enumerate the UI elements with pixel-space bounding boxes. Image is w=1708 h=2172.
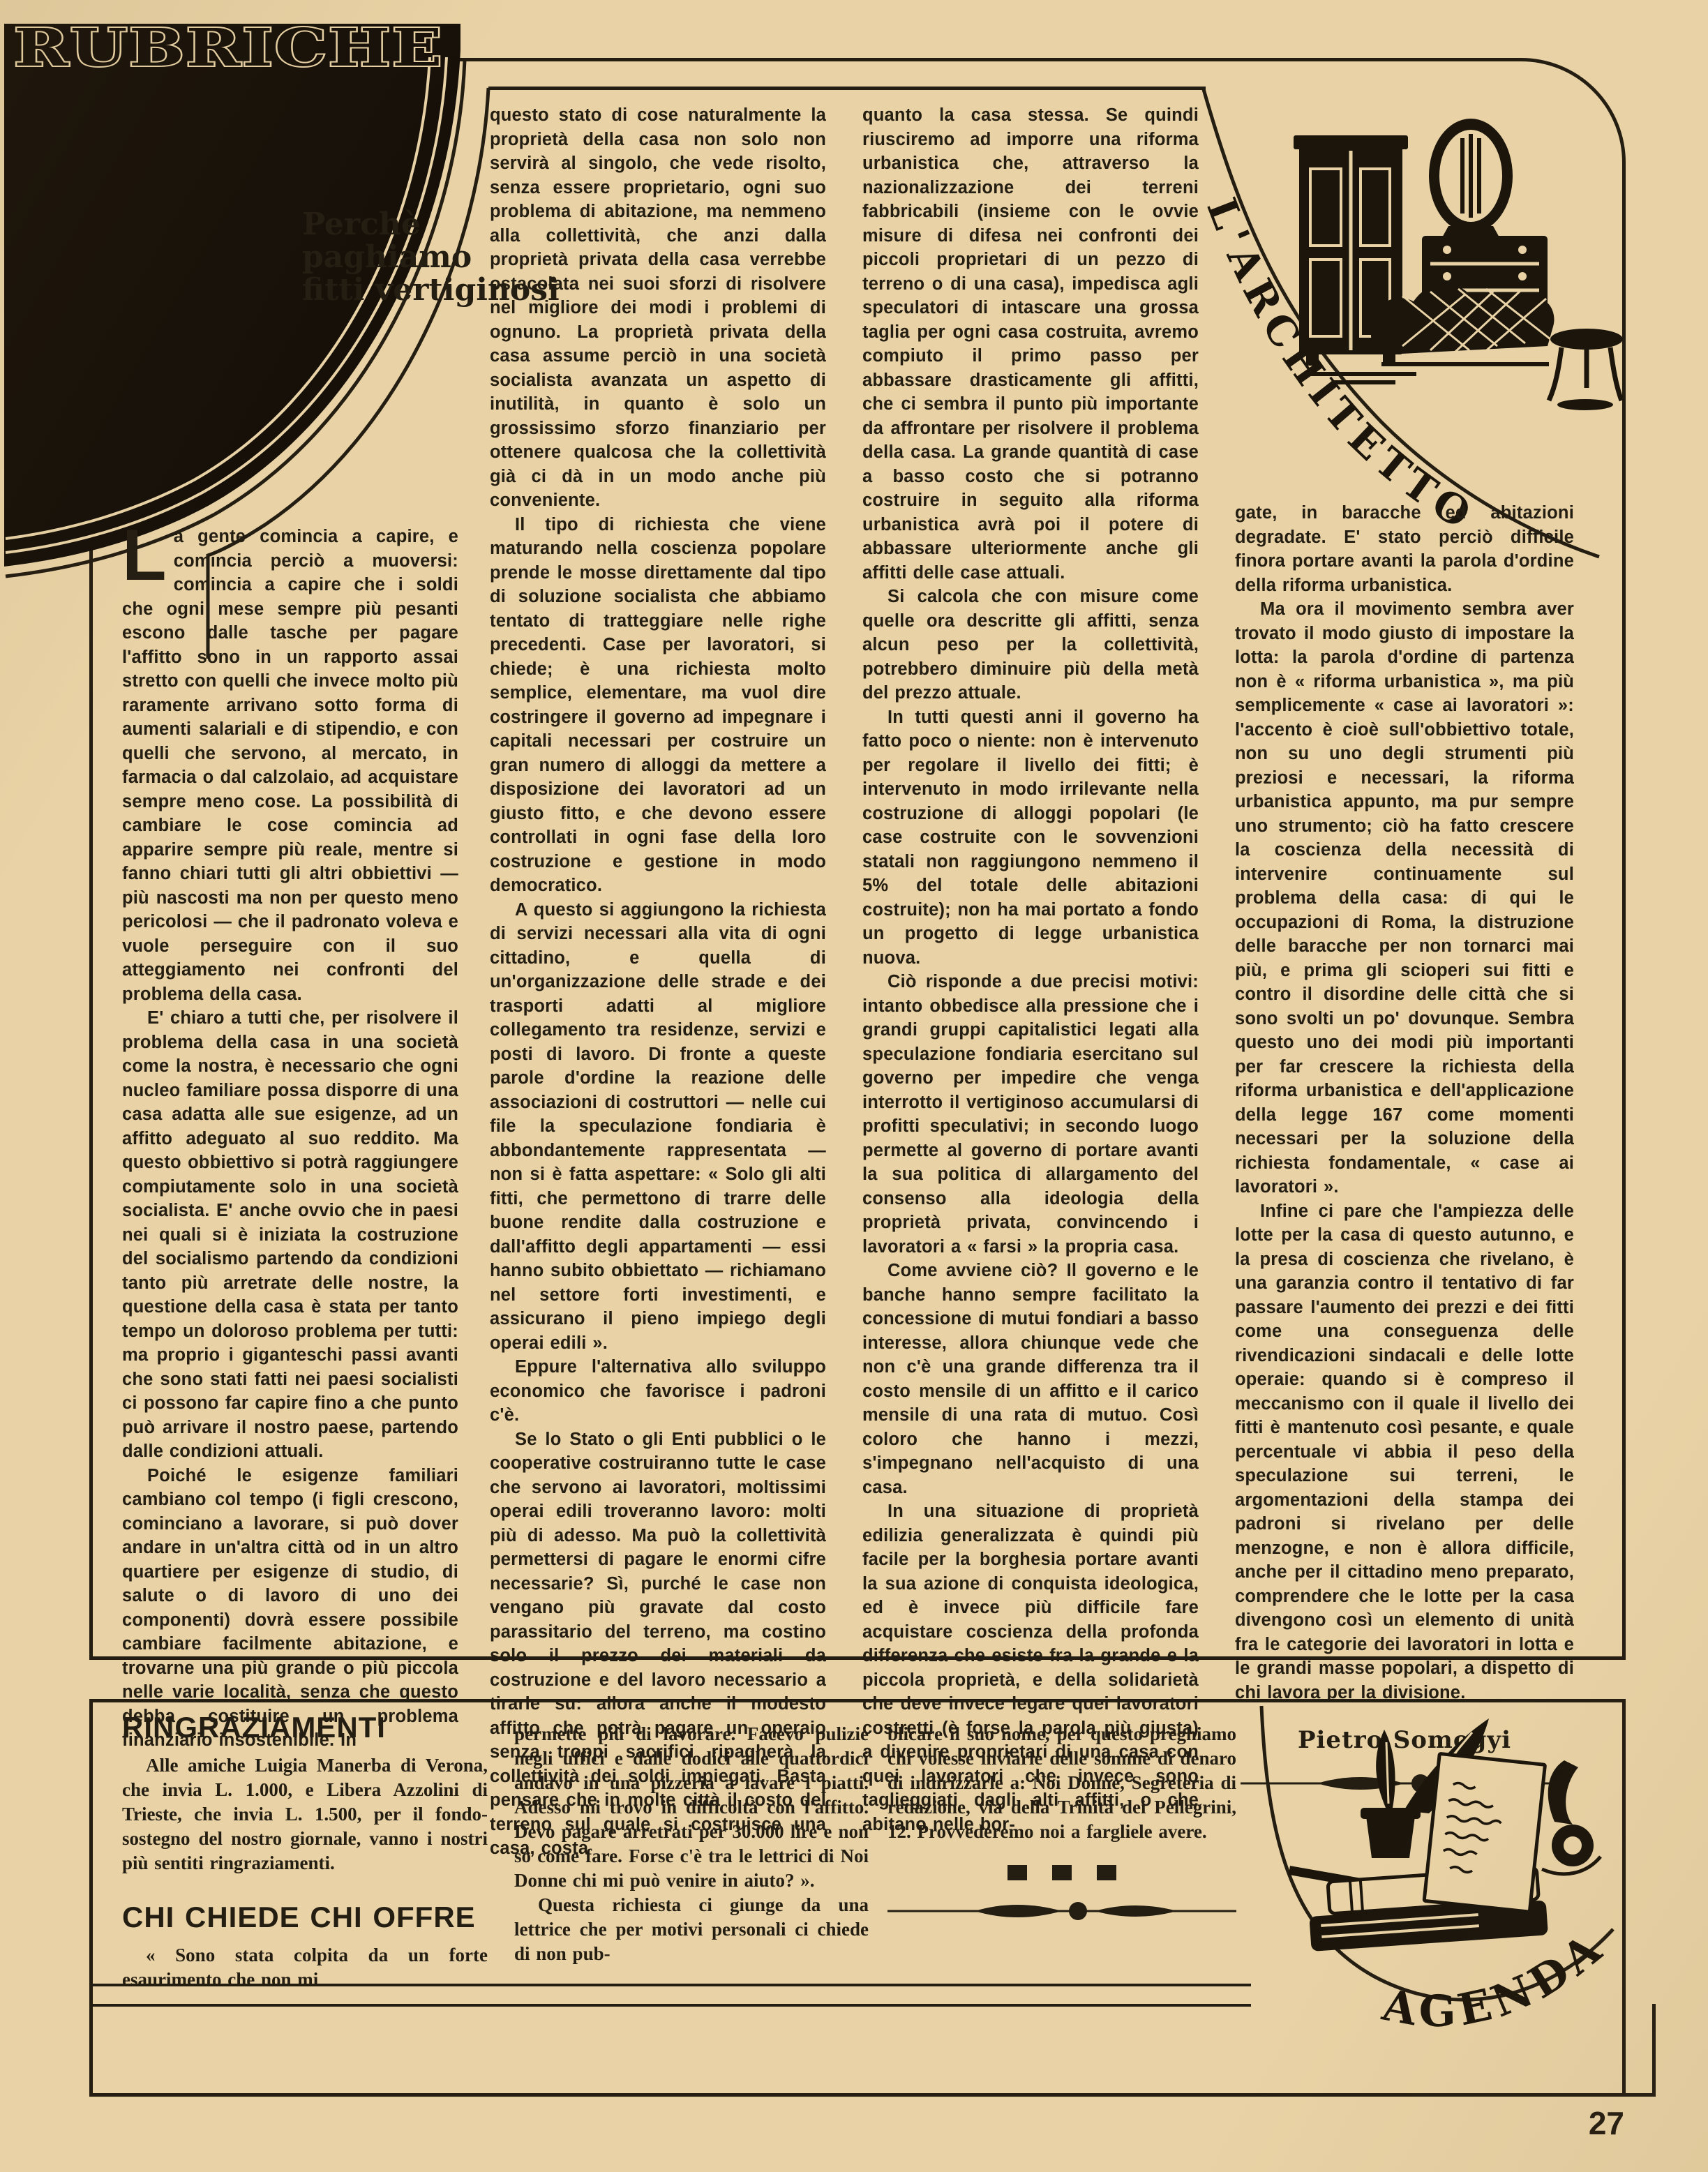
article-column-3: quanto la casa stessa. Se quindi riuscir…	[862, 103, 1199, 1836]
section-end-squares	[887, 1865, 1236, 1880]
letter-text: permette più di lavorare. Facevo pulizie…	[514, 1722, 869, 1966]
section-banner: RUBRICHE	[14, 18, 444, 78]
paragraph: La gente comincia a capire, e comincia p…	[122, 525, 458, 1006]
bottom-rule	[93, 2004, 1251, 2007]
column-text: gate, in baracche ed abitazioni degradat…	[1235, 501, 1574, 1705]
agenda-corner: AGENDA	[1249, 1699, 1626, 2097]
paragraph: Ciò risponde a due precisi motivi: intan…	[862, 970, 1199, 1259]
column-text: questo stato di cose naturalmente la pro…	[490, 103, 826, 1861]
paragraph: Alle amiche Luigia Manerba di Verona, ch…	[122, 1753, 488, 1875]
thanks-heading: RINGRAZIAMENTI	[122, 1715, 488, 1739]
paragraph: Eppure l'alternativa allo sviluppo econo…	[490, 1355, 826, 1428]
paragraph: Questa richiesta ci giunge da una lettri…	[514, 1893, 869, 1966]
paragraph: quanto la casa stessa. Se quindi riuscir…	[862, 103, 1199, 585]
reply-column: blicare il suo nome, per questo preghiam…	[887, 1722, 1236, 1924]
paragraph: In tutti questi anni il governo ha fatto…	[862, 705, 1199, 971]
paragraph: Infine ci pare che l'ampiezza delle lott…	[1235, 1199, 1574, 1705]
article-column-4: gate, in baracche ed abitazioni degradat…	[1235, 501, 1574, 1796]
thanks-column: RINGRAZIAMENTI Alle amiche Luigia Manerb…	[122, 1715, 488, 1992]
paragraph: A questo si aggiungono la richiesta di s…	[490, 898, 826, 1356]
furniture-illustration	[1294, 119, 1623, 410]
thanks-text: Alle amiche Luigia Manerba di Verona, ch…	[122, 1753, 488, 1875]
paragraph: permette più di lavorare. Facevo pulizie…	[514, 1722, 869, 1893]
page-number: 27	[1548, 2104, 1624, 2142]
letter-column: permette più di lavorare. Facevo pulizie…	[514, 1722, 869, 1966]
paragraph: « Sono stata colpita da un forte esaurim…	[122, 1943, 488, 1992]
frame-inner-line	[488, 87, 1206, 90]
paragraph: E' chiaro a tutti che, per risolvere il …	[122, 1006, 458, 1464]
paragraph: Il tipo di richiesta che viene maturando…	[490, 513, 826, 898]
paragraph: Si calcola che con misure come quelle or…	[862, 585, 1199, 705]
paragraph: gate, in baracche ed abitazioni degradat…	[1235, 501, 1574, 597]
ornament-divider	[887, 1898, 1236, 1924]
paragraph: questo stato di cose naturalmente la pro…	[490, 103, 826, 513]
frame-corner-extension	[1622, 2093, 1656, 2097]
magazine-page: RUBRICHE L'ARCHITETTO	[0, 0, 1708, 2172]
frame-corner-extension	[1652, 2004, 1656, 2097]
writing-desk-illustration	[1289, 1718, 1601, 1952]
paragraph: Poiché le esigenze familiari cambiano co…	[122, 1464, 458, 1753]
paragraph: blicare il suo nome, per questo preghiam…	[887, 1722, 1236, 1844]
article-column-2: questo stato di cose naturalmente la pro…	[490, 103, 826, 1861]
article-column-1: La gente comincia a capire, e comincia p…	[122, 525, 458, 1753]
offers-heading: CHI CHIEDE CHI OFFRE	[122, 1905, 488, 1929]
offers-text: « Sono stata colpita da un forte esaurim…	[122, 1943, 488, 1992]
column-text: La gente comincia a capire, e comincia p…	[122, 525, 458, 1753]
column-text: quanto la casa stessa. Se quindi riuscir…	[862, 103, 1199, 1836]
reply-text: blicare il suo nome, per questo preghiam…	[887, 1722, 1236, 1844]
paragraph: Come avviene ciò? Il governo e le banche…	[862, 1259, 1199, 1499]
paragraph: Ma ora il movimento sembra aver trovato …	[1235, 597, 1574, 1199]
